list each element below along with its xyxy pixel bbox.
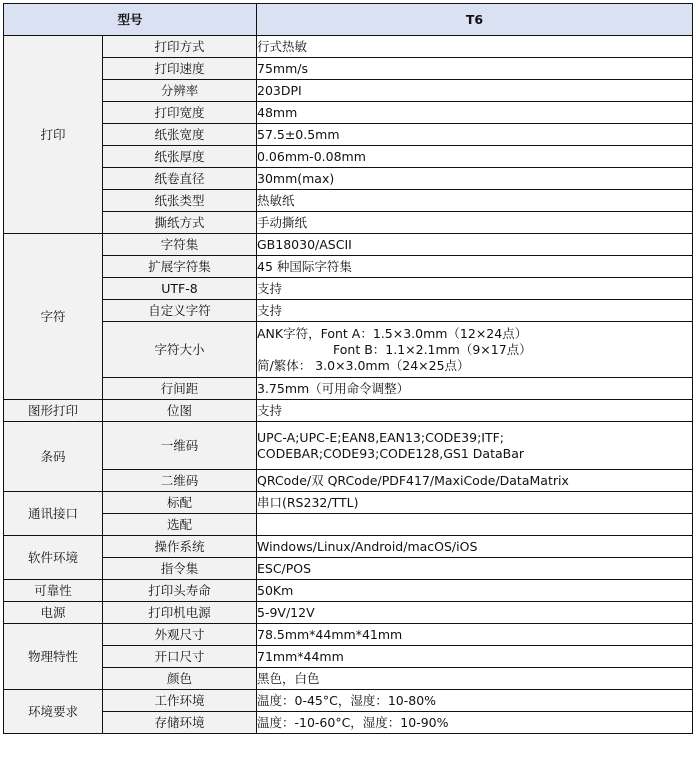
row-value: 支持 bbox=[257, 400, 693, 422]
row-value-multiline: ANK字符，Font A：1.5×3.0mm（12×24点） Font B：1.… bbox=[257, 322, 693, 378]
spec-table: 型号 T6 打印 打印方式 行式热敏 打印速度 75mm/s 分辨率 203DP… bbox=[3, 3, 693, 734]
table-row: 图形打印 位图 支持 bbox=[4, 400, 693, 422]
row-key: 纸张厚度 bbox=[103, 146, 257, 168]
table-row: 行间距 3.75mm（可用命令调整） bbox=[4, 378, 693, 400]
row-value: 78.5mm*44mm*41mm bbox=[257, 624, 693, 646]
row-value: 30mm(max) bbox=[257, 168, 693, 190]
table-row: 撕纸方式 手动撕纸 bbox=[4, 212, 693, 234]
row-value: 0.06mm-0.08mm bbox=[257, 146, 693, 168]
row-key: 打印方式 bbox=[103, 36, 257, 58]
table-row: 纸张宽度 57.5±0.5mm bbox=[4, 124, 693, 146]
row-value: 75mm/s bbox=[257, 58, 693, 80]
row-value: 50Km bbox=[257, 580, 693, 602]
table-row: 打印宽度 48mm bbox=[4, 102, 693, 124]
row-key: 打印速度 bbox=[103, 58, 257, 80]
row-key: 字符大小 bbox=[103, 322, 257, 378]
row-value: 串口(RS232/TTL) bbox=[257, 492, 693, 514]
row-value: 3.75mm（可用命令调整） bbox=[257, 378, 693, 400]
group-barcode: 条码 bbox=[4, 422, 103, 492]
value-line: 简/繁体： 3.0×3.0mm（24×25点） bbox=[257, 358, 692, 374]
row-key: 纸张宽度 bbox=[103, 124, 257, 146]
row-value: 45 种国际字符集 bbox=[257, 256, 693, 278]
row-key: UTF-8 bbox=[103, 278, 257, 300]
row-key: 行间距 bbox=[103, 378, 257, 400]
value-line: ANK字符，Font A：1.5×3.0mm（12×24点） bbox=[257, 326, 692, 342]
table-row: 通讯接口 标配 串口(RS232/TTL) bbox=[4, 492, 693, 514]
row-value: 支持 bbox=[257, 278, 693, 300]
row-value: 黑色，白色 bbox=[257, 668, 693, 690]
table-row: 开口尺寸 71mm*44mm bbox=[4, 646, 693, 668]
row-key: 字符集 bbox=[103, 234, 257, 256]
group-physical: 物理特性 bbox=[4, 624, 103, 690]
row-key: 颜色 bbox=[103, 668, 257, 690]
row-value: 支持 bbox=[257, 300, 693, 322]
table-row: 分辨率 203DPI bbox=[4, 80, 693, 102]
header-row: 型号 T6 bbox=[4, 4, 693, 36]
row-value: Windows/Linux/Android/macOS/iOS bbox=[257, 536, 693, 558]
row-key: 存储环境 bbox=[103, 712, 257, 734]
row-key: 打印机电源 bbox=[103, 602, 257, 624]
table-row: 物理特性 外观尺寸 78.5mm*44mm*41mm bbox=[4, 624, 693, 646]
row-key: 位图 bbox=[103, 400, 257, 422]
row-value: 行式热敏 bbox=[257, 36, 693, 58]
table-row: 存储环境 温度：-10-60°C，湿度：10-90% bbox=[4, 712, 693, 734]
table-row: 纸张类型 热敏纸 bbox=[4, 190, 693, 212]
row-value: 5-9V/12V bbox=[257, 602, 693, 624]
row-key: 打印宽度 bbox=[103, 102, 257, 124]
model-header-label: 型号 bbox=[4, 4, 257, 36]
row-key: 扩展字符集 bbox=[103, 256, 257, 278]
table-row: 软件环境 操作系统 Windows/Linux/Android/macOS/iO… bbox=[4, 536, 693, 558]
row-value: 57.5±0.5mm bbox=[257, 124, 693, 146]
table-row: 字符 字符集 GB18030/ASCII bbox=[4, 234, 693, 256]
table-row: 二维码 QRCode/双 QRCode/PDF417/MaxiCode/Data… bbox=[4, 470, 693, 492]
table-row: 条码 一维码 UPC-A;UPC-E;EAN8,EAN13;CODE39;ITF… bbox=[4, 422, 693, 470]
row-key: 指令集 bbox=[103, 558, 257, 580]
row-key: 纸卷直径 bbox=[103, 168, 257, 190]
row-key: 纸张类型 bbox=[103, 190, 257, 212]
table-row: 环境要求 工作环境 温度：0-45°C，湿度：10-80% bbox=[4, 690, 693, 712]
table-row: 扩展字符集 45 种国际字符集 bbox=[4, 256, 693, 278]
row-value: GB18030/ASCII bbox=[257, 234, 693, 256]
row-value: 温度：0-45°C，湿度：10-80% bbox=[257, 690, 693, 712]
group-print: 打印 bbox=[4, 36, 103, 234]
row-value: QRCode/双 QRCode/PDF417/MaxiCode/DataMatr… bbox=[257, 470, 693, 492]
row-value bbox=[257, 514, 693, 536]
row-key: 开口尺寸 bbox=[103, 646, 257, 668]
row-value: 48mm bbox=[257, 102, 693, 124]
row-key: 外观尺寸 bbox=[103, 624, 257, 646]
table-row: 颜色 黑色，白色 bbox=[4, 668, 693, 690]
model-header-value: T6 bbox=[257, 4, 693, 36]
value-line: CODEBAR;CODE93;CODE128,GS1 DataBar bbox=[257, 446, 692, 462]
row-key: 打印头寿命 bbox=[103, 580, 257, 602]
value-line: UPC-A;UPC-E;EAN8,EAN13;CODE39;ITF; bbox=[257, 430, 692, 446]
table-row: 选配 bbox=[4, 514, 693, 536]
table-row: 打印速度 75mm/s bbox=[4, 58, 693, 80]
row-key: 标配 bbox=[103, 492, 257, 514]
row-value: 203DPI bbox=[257, 80, 693, 102]
table-row: 打印 打印方式 行式热敏 bbox=[4, 36, 693, 58]
group-reliability: 可靠性 bbox=[4, 580, 103, 602]
row-value: 71mm*44mm bbox=[257, 646, 693, 668]
table-row: 电源 打印机电源 5-9V/12V bbox=[4, 602, 693, 624]
row-key: 选配 bbox=[103, 514, 257, 536]
table-row: 可靠性 打印头寿命 50Km bbox=[4, 580, 693, 602]
group-interface: 通讯接口 bbox=[4, 492, 103, 536]
row-value: 温度：-10-60°C，湿度：10-90% bbox=[257, 712, 693, 734]
row-value-multiline: UPC-A;UPC-E;EAN8,EAN13;CODE39;ITF; CODEB… bbox=[257, 422, 693, 470]
row-key: 分辨率 bbox=[103, 80, 257, 102]
table-row: 指令集 ESC/POS bbox=[4, 558, 693, 580]
row-key: 操作系统 bbox=[103, 536, 257, 558]
row-key: 撕纸方式 bbox=[103, 212, 257, 234]
row-value: ESC/POS bbox=[257, 558, 693, 580]
table-row: 纸卷直径 30mm(max) bbox=[4, 168, 693, 190]
row-value: 手动撕纸 bbox=[257, 212, 693, 234]
row-key: 一维码 bbox=[103, 422, 257, 470]
table-row: 自定义字符 支持 bbox=[4, 300, 693, 322]
group-characters: 字符 bbox=[4, 234, 103, 400]
group-software: 软件环境 bbox=[4, 536, 103, 580]
group-power: 电源 bbox=[4, 602, 103, 624]
table-row: 字符大小 ANK字符，Font A：1.5×3.0mm（12×24点） Font… bbox=[4, 322, 693, 378]
group-environment: 环境要求 bbox=[4, 690, 103, 734]
row-value: 热敏纸 bbox=[257, 190, 693, 212]
table-row: UTF-8 支持 bbox=[4, 278, 693, 300]
group-graphics: 图形打印 bbox=[4, 400, 103, 422]
row-key: 二维码 bbox=[103, 470, 257, 492]
value-line: Font B：1.1×2.1mm（9×17点） bbox=[257, 342, 692, 358]
row-key: 自定义字符 bbox=[103, 300, 257, 322]
row-key: 工作环境 bbox=[103, 690, 257, 712]
table-row: 纸张厚度 0.06mm-0.08mm bbox=[4, 146, 693, 168]
